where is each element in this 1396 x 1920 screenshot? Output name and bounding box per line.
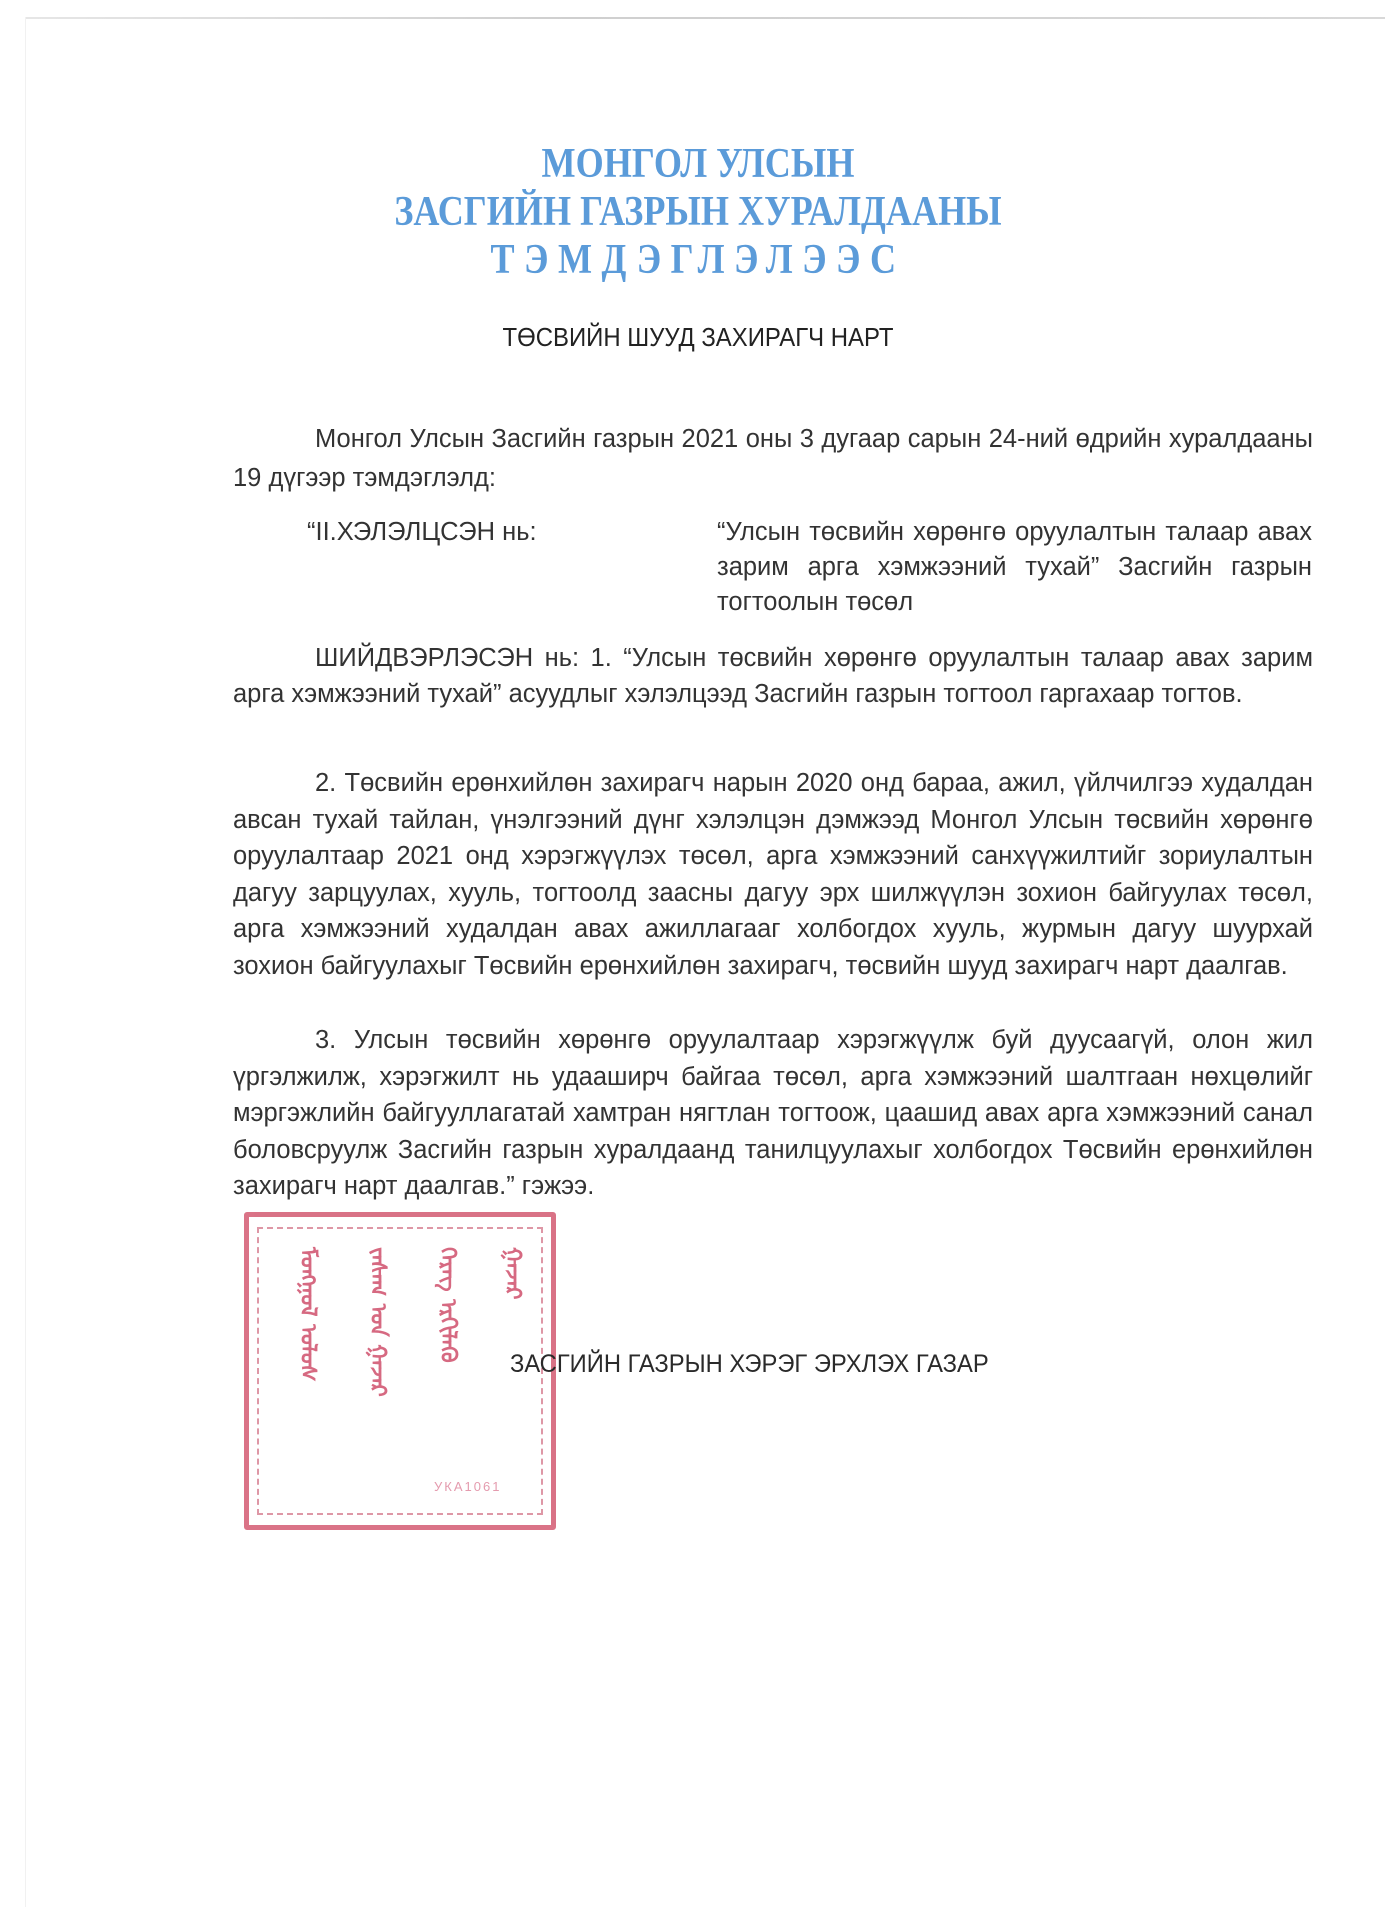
discussed-label: “II.ХЭЛЭЛЦСЭН нь: xyxy=(307,515,537,550)
item-2-text: 2. Төсвийн ерөнхийлөн захирагч нарын 202… xyxy=(233,765,1313,984)
decided-paragraph: ШИЙДВЭРЛЭСЭН нь: 1. “Улсын төсвийн хөрөн… xyxy=(233,640,1313,712)
header-line-1: МОНГОЛ УЛСЫН xyxy=(98,140,1299,188)
addressee: ТӨСВИЙН ШУУД ЗАХИРАГЧ НАРТ xyxy=(56,322,1340,353)
intro-text: Монгол Улсын Засгийн газрын 2021 оны 3 д… xyxy=(233,420,1313,498)
scan-edge-top xyxy=(25,17,1385,19)
decided-text: ШИЙДВЭРЛЭСЭН нь: 1. “Улсын төсвийн хөрөн… xyxy=(233,640,1313,712)
stamp-column-1: ᠮᠣᠩᠭᠣᠯ ᠤᠯᠤᠰ xyxy=(289,1247,315,1487)
discussed-section: “II.ХЭЛЭЛЦСЭН нь: “Улсын төсвийн хөрөнгө… xyxy=(307,515,1312,635)
item-2-paragraph: 2. Төсвийн ерөнхийлөн захирагч нарын 202… xyxy=(233,765,1313,984)
scan-edge-left xyxy=(25,17,26,1907)
document-header: МОНГОЛ УЛСЫН ЗАСГИЙН ГАЗРЫН ХУРАЛДААНЫ Т… xyxy=(0,140,1396,284)
stamp-column-2: ᠵᠠᠰᠠᠭ ᠤᠨ ᠭᠠᠵᠠᠷ xyxy=(359,1247,385,1487)
signature-authority: ЗАСГИЙН ГАЗРЫН ХЭРЭГ ЭРХЛЭХ ГАЗАР xyxy=(510,1350,989,1379)
discussed-subject: “Улсын төсвийн хөрөнгө оруулалтын талаар… xyxy=(717,515,1312,620)
stamp-code: УКА1061 xyxy=(434,1479,501,1494)
item-3-text: 3. Улсын төсвийн хөрөнгө оруулалтаар хэр… xyxy=(233,1022,1313,1205)
intro-paragraph: Монгол Улсын Засгийн газрын 2021 оны 3 д… xyxy=(233,420,1313,498)
stamp-column-3: ᠬᠡᠷᠡᠭ ᠡᠷᠬᠢᠯᠡᠬᠦ xyxy=(429,1247,455,1487)
header-line-2: ЗАСГИЙН ГАЗРЫН ХУРАЛДААНЫ xyxy=(98,188,1299,236)
item-3-paragraph: 3. Улсын төсвийн хөрөнгө оруулалтаар хэр… xyxy=(233,1022,1313,1205)
header-line-3: ТЭМДЭГЛЭЛЭЭС xyxy=(98,236,1299,284)
